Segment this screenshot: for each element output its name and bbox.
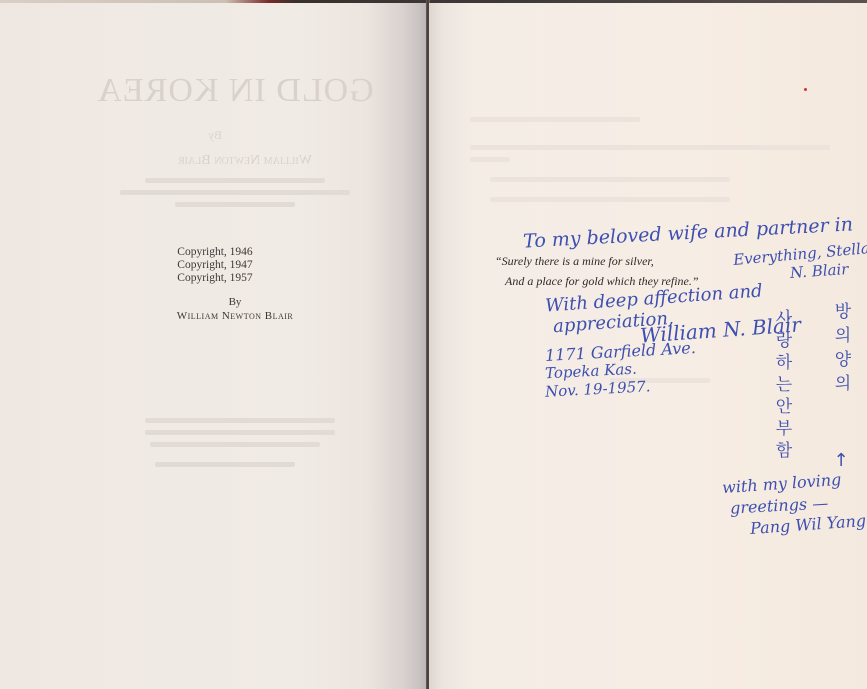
bleed-through-line bbox=[470, 157, 510, 162]
korean-char: 부 bbox=[773, 418, 795, 440]
bleed-through-line bbox=[145, 178, 325, 183]
korean-char: 함 bbox=[773, 440, 795, 462]
korean-char: 안 bbox=[773, 396, 795, 418]
bleed-through-line bbox=[145, 418, 335, 423]
bleed-through-line bbox=[490, 197, 730, 202]
bleed-through-line bbox=[490, 177, 730, 182]
byline: By William Newton Blair bbox=[140, 296, 330, 322]
korean-char: 방 bbox=[832, 300, 854, 324]
bleed-through-by: By bbox=[185, 128, 245, 143]
bleed-through-line bbox=[155, 462, 295, 467]
bleed-through-line bbox=[145, 430, 335, 435]
korean-char: 양 bbox=[832, 348, 854, 372]
by-label: By bbox=[140, 296, 330, 308]
ink-speck bbox=[804, 88, 807, 91]
korean-char: 의 bbox=[832, 372, 854, 396]
korean-char: 는 bbox=[773, 374, 795, 396]
bleed-through-line bbox=[470, 145, 830, 150]
copyright-line: Copyright, 1946 bbox=[150, 246, 280, 259]
korean-column-2: 방 의 양 의 bbox=[832, 300, 854, 396]
bleed-through-line bbox=[120, 190, 350, 195]
copyright-line: Copyright, 1947 bbox=[150, 259, 280, 272]
up-arrow-icon: ↑ bbox=[830, 450, 852, 472]
bleed-through-author: William Newton Blair bbox=[110, 153, 380, 169]
korean-char: 의 bbox=[832, 324, 854, 348]
copyright-line: Copyright, 1957 bbox=[150, 272, 280, 285]
author-name: William Newton Blair bbox=[140, 310, 330, 322]
bleed-through-title: GOLD IN KOREA bbox=[90, 72, 380, 110]
korean-char: 하 bbox=[773, 352, 795, 374]
bleed-through-line bbox=[470, 117, 640, 122]
korean-column-1: 사 랑 하 는 안 부 함 bbox=[773, 308, 795, 462]
korean-char: 사 bbox=[773, 308, 795, 330]
copyright-block: Copyright, 1946 Copyright, 1947 Copyrigh… bbox=[150, 246, 280, 285]
bleed-through-line bbox=[175, 202, 295, 207]
korean-char: 랑 bbox=[773, 330, 795, 352]
bleed-through-line bbox=[150, 442, 320, 447]
